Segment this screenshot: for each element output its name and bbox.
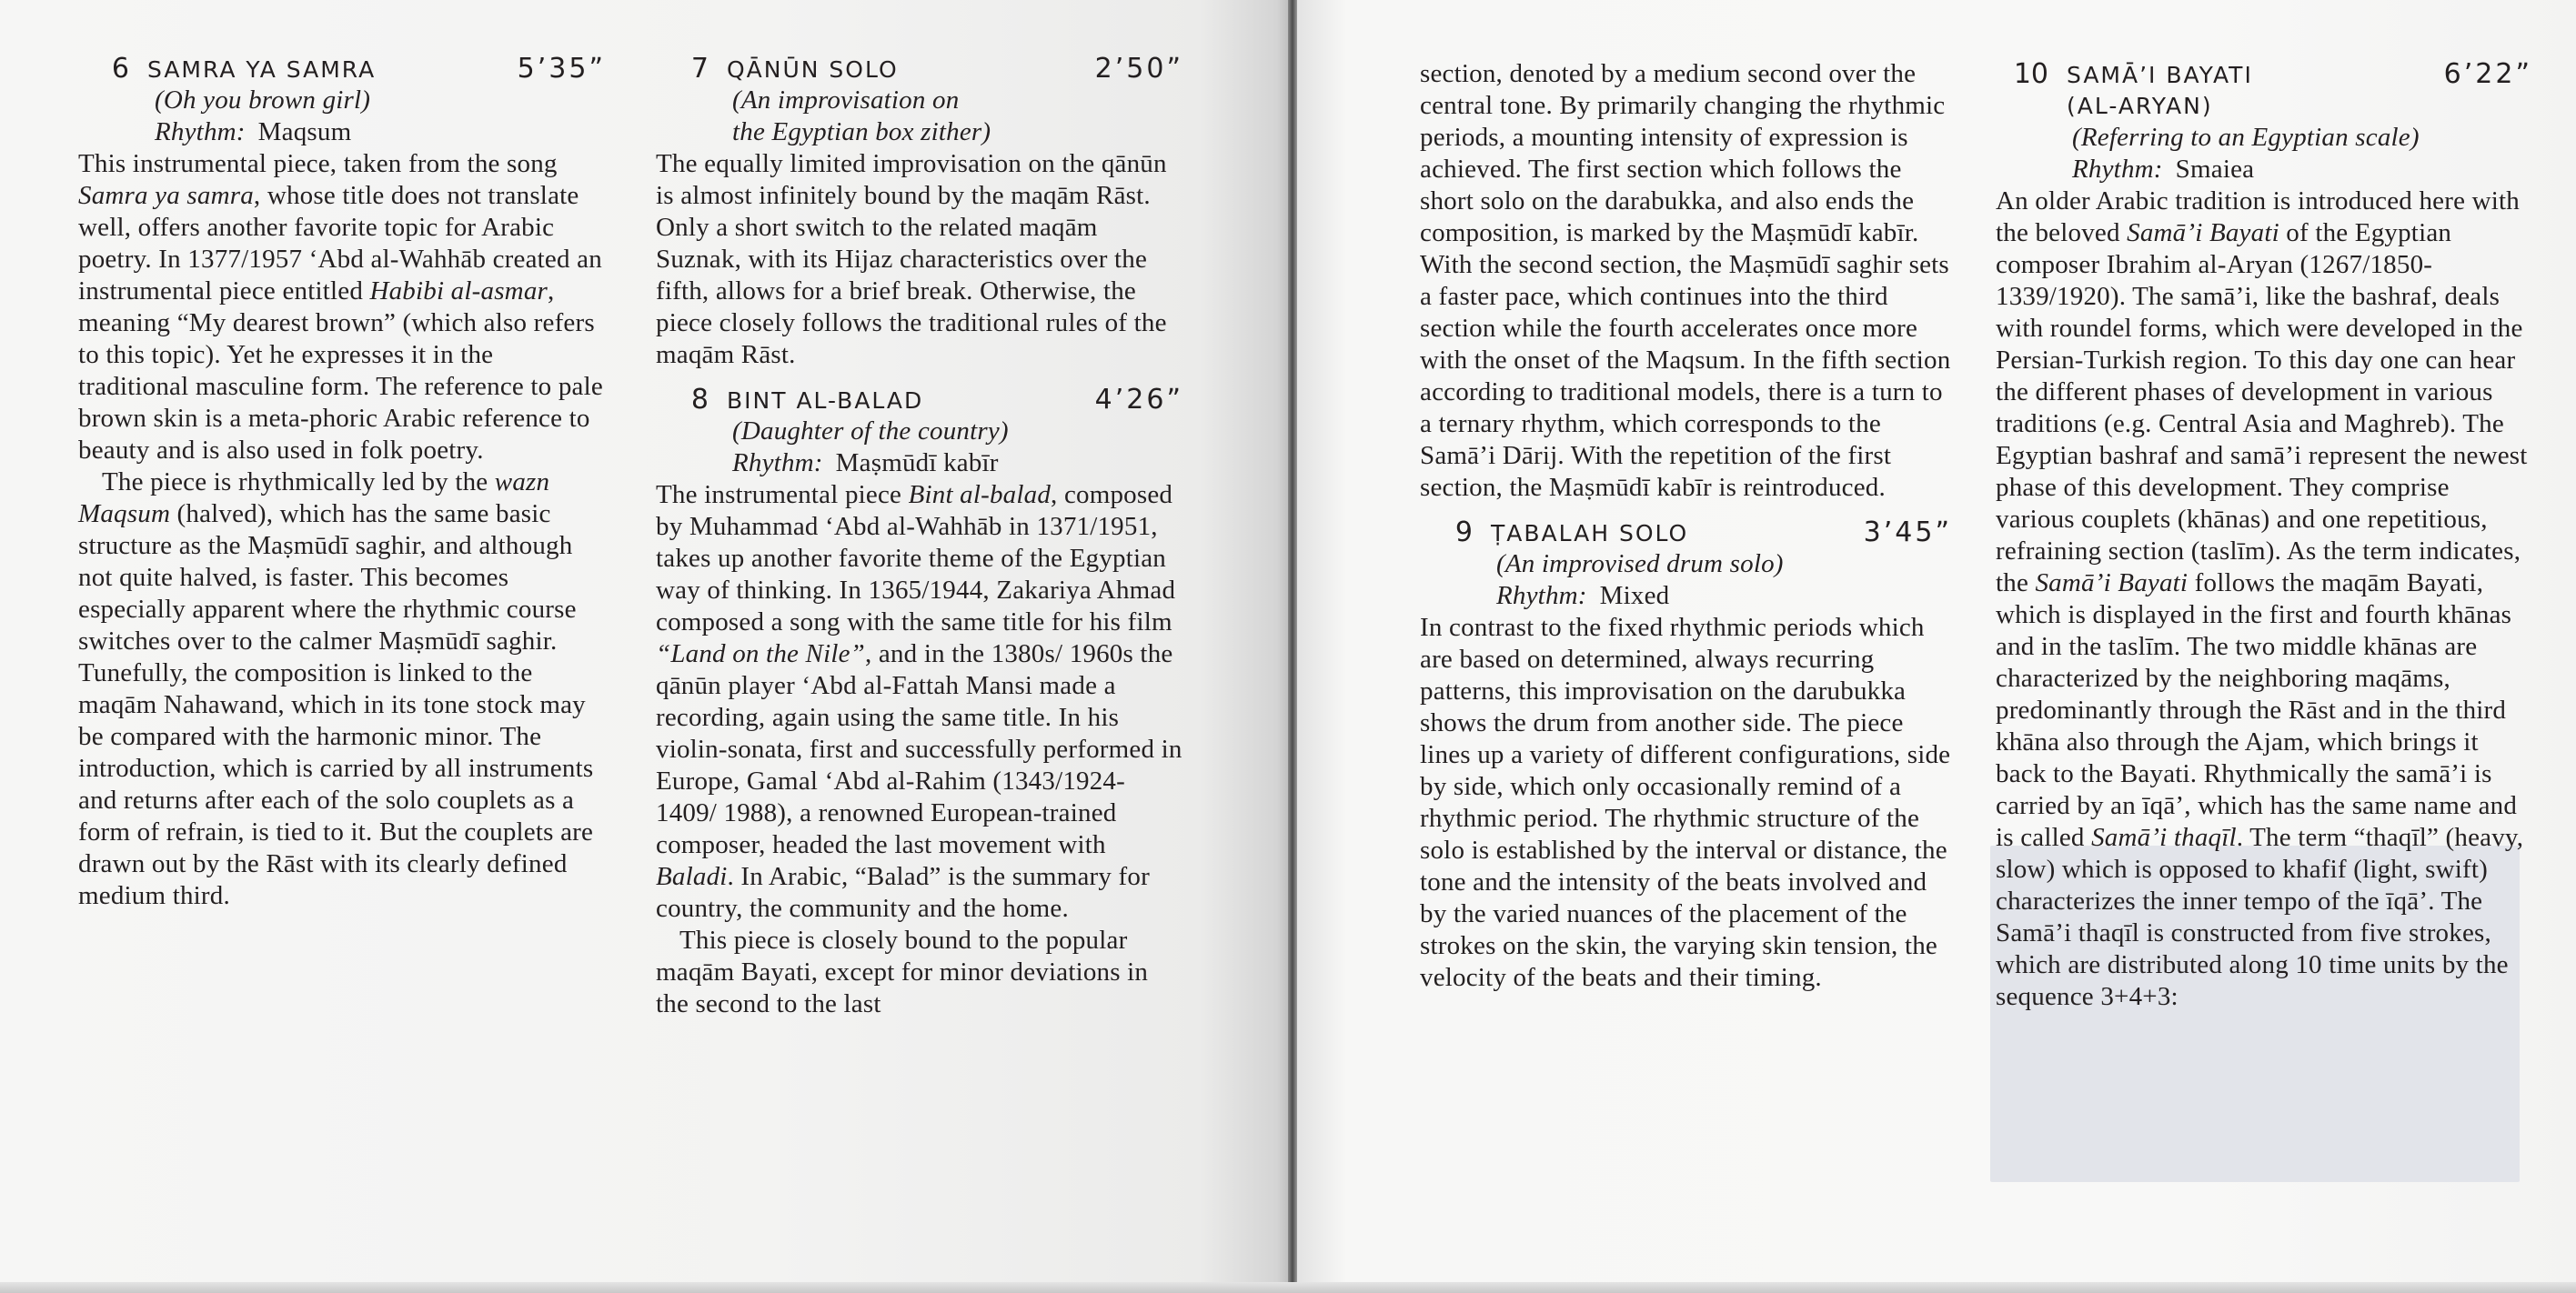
track-translation: (Daughter of the country) (656, 416, 1183, 447)
track-duration: 5’35” (518, 53, 606, 85)
track-duration: 2’50” (1095, 53, 1183, 85)
track-translation: (Referring to an Egyptian scale) (1996, 122, 2532, 154)
rhythm-label: Rhythm: (1496, 581, 1587, 610)
track-number: 9 (1420, 516, 1491, 548)
track-title: QĀNŪN SOLO (727, 54, 1095, 85)
rhythm-value: Smaiea (2176, 155, 2255, 184)
book-spine (1288, 0, 1297, 1293)
rhythm-label: Rhythm: (732, 448, 823, 477)
track-7-heading: 7 QĀNŪN SOLO 2’50” (656, 53, 1183, 85)
track-10-heading: 10 SAMĀ’I BAYATI 6’22” (1996, 58, 2532, 90)
rhythm-label: Rhythm: (2072, 155, 2163, 184)
track-7-description: The equally limited improvisation on the… (656, 148, 1183, 371)
track-title: BINT AL-BALAD (727, 385, 1095, 416)
track-number: 6 (76, 53, 147, 85)
track-rhythm: Rhythm:Maṣmūdī kabīr (656, 447, 1183, 479)
track-duration: 3’45” (1864, 516, 1952, 548)
paragraph: This piece is closely bound to the popul… (656, 925, 1183, 1020)
rhythm-value: Maqsum (258, 117, 352, 146)
track-9-description: In contrast to the fixed rhythmic period… (1420, 612, 1952, 994)
column-2: 7 QĀNŪN SOLO 2’50” (An improvisation on … (656, 53, 1183, 1020)
paragraph: The instrumental piece Bint al-balad, co… (656, 479, 1183, 925)
track-rhythm: Rhythm:Smaiea (1996, 154, 2532, 185)
paragraph: An older Arabic tradition is introduced … (1996, 185, 2532, 1013)
column-4: 10 SAMĀ’I BAYATI 6’22” (AL-ARYAN) (Refer… (1996, 58, 2532, 1013)
track-translation: (An improvised drum solo) (1420, 548, 1952, 580)
track-duration: 4’26” (1095, 384, 1183, 416)
track-6-description: This instrumental piece, taken from the … (78, 148, 606, 912)
track-number: 10 (1996, 58, 2067, 90)
rhythm-label: Rhythm: (155, 117, 246, 146)
track-translation-line-1: (An improvisation on (656, 85, 1183, 116)
rhythm-value: Mixed (1600, 581, 1670, 610)
column-1: 6 SAMRA YA SAMRA 5’35” (Oh you brown gir… (78, 53, 606, 912)
track-8-description-continued: section, denoted by a medium second over… (1420, 58, 1952, 504)
track-title: SAMRA YA SAMRA (147, 54, 518, 85)
track-translation-line-2: the Egyptian box zither) (656, 116, 1183, 148)
rhythm-value: Maṣmūdī kabīr (836, 448, 999, 477)
column-3: section, denoted by a medium second over… (1420, 58, 1952, 994)
track-title: ṬABALAH SOLO (1491, 517, 1864, 549)
track-10-description: An older Arabic tradition is introduced … (1996, 185, 2532, 1013)
track-8-description: The instrumental piece Bint al-balad, co… (656, 479, 1183, 1020)
paragraph: The piece is rhythmically led by the waz… (78, 466, 606, 657)
page-bottom-edge (0, 1282, 2576, 1293)
track-number: 7 (656, 53, 727, 85)
track-9-heading: 9 ṬABALAH SOLO 3’45” (1420, 516, 1952, 548)
track-translation: (Oh you brown girl) (78, 85, 606, 116)
track-8-heading: 8 BINT AL-BALAD 4’26” (656, 384, 1183, 416)
track-title: SAMĀ’I BAYATI (2067, 59, 2444, 91)
track-duration: 6’22” (2444, 58, 2532, 90)
paragraph: Tunefully, the composition is linked to … (78, 657, 606, 912)
paragraph: This instrumental piece, taken from the … (78, 148, 606, 466)
track-rhythm: Rhythm:Mixed (1420, 580, 1952, 612)
track-number: 8 (656, 384, 727, 416)
track-rhythm: Rhythm:Maqsum (78, 116, 606, 148)
track-subtitle: (AL-ARYAN) (1996, 90, 2532, 122)
track-6-heading: 6 SAMRA YA SAMRA 5’35” (76, 53, 606, 85)
